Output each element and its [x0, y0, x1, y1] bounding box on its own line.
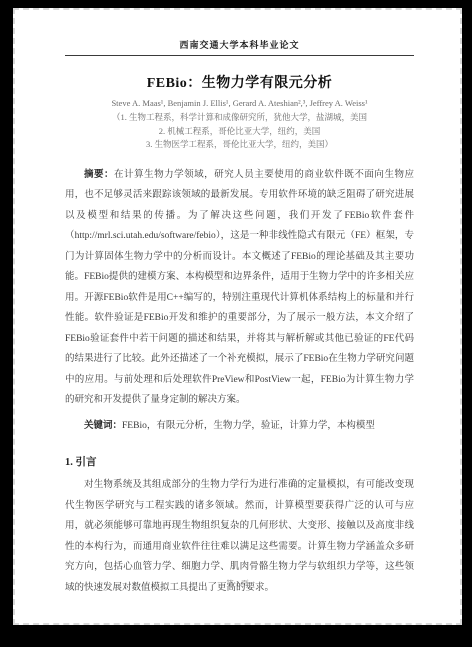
abstract-paragraph: 摘要：在计算生物力学领域，研究人员主要使用的商业软件既不面向生物应用，也不足够灵… [65, 165, 414, 411]
keywords-text: FEBio，有限元分析，生物力学，验证，计算力学，本构模型 [122, 421, 375, 431]
running-header: 西南交通大学本科毕业论文 [65, 38, 414, 51]
page-content: 西南交通大学本科毕业论文 FEBio：生物力学有限元分析 Steve A. Ma… [15, 38, 460, 598]
abstract-text: 在计算生物力学领域，研究人员主要使用的商业软件既不面向生物应用，也不足够灵活来跟… [65, 170, 414, 406]
header-rule [65, 55, 414, 58]
keywords-label: 关键词： [84, 421, 122, 431]
section-heading-introduction: 1. 引言 [65, 454, 414, 469]
page-number: 第 1 页 [15, 578, 460, 589]
affiliation-line: 2. 机械工程系，哥伦比亚大学，纽约，美国 [65, 125, 414, 139]
document-page: 西南交通大学本科毕业论文 FEBio：生物力学有限元分析 Steve A. Ma… [13, 8, 462, 625]
affiliations-block: （1. 生物工程系，科学计算和成像研究所，犹他大学，盐湖城，美国 2. 机械工程… [65, 111, 414, 152]
abstract-label: 摘要： [84, 170, 114, 180]
keywords-line: 关键词：FEBio，有限元分析，生物力学，验证，计算力学，本构模型 [65, 416, 414, 437]
scanned-document-canvas: 西南交通大学本科毕业论文 FEBio：生物力学有限元分析 Steve A. Ma… [0, 0, 472, 647]
paper-title: FEBio：生物力学有限元分析 [65, 72, 414, 92]
authors-line: Steve A. Maas¹, Benjamin J. Ellis¹, Gera… [65, 98, 414, 108]
affiliation-line: （1. 生物工程系，科学计算和成像研究所，犹他大学，盐湖城，美国 [65, 111, 414, 125]
affiliation-line: 3. 生物医学工程系，哥伦比亚大学，纽约，美国） [65, 138, 414, 152]
